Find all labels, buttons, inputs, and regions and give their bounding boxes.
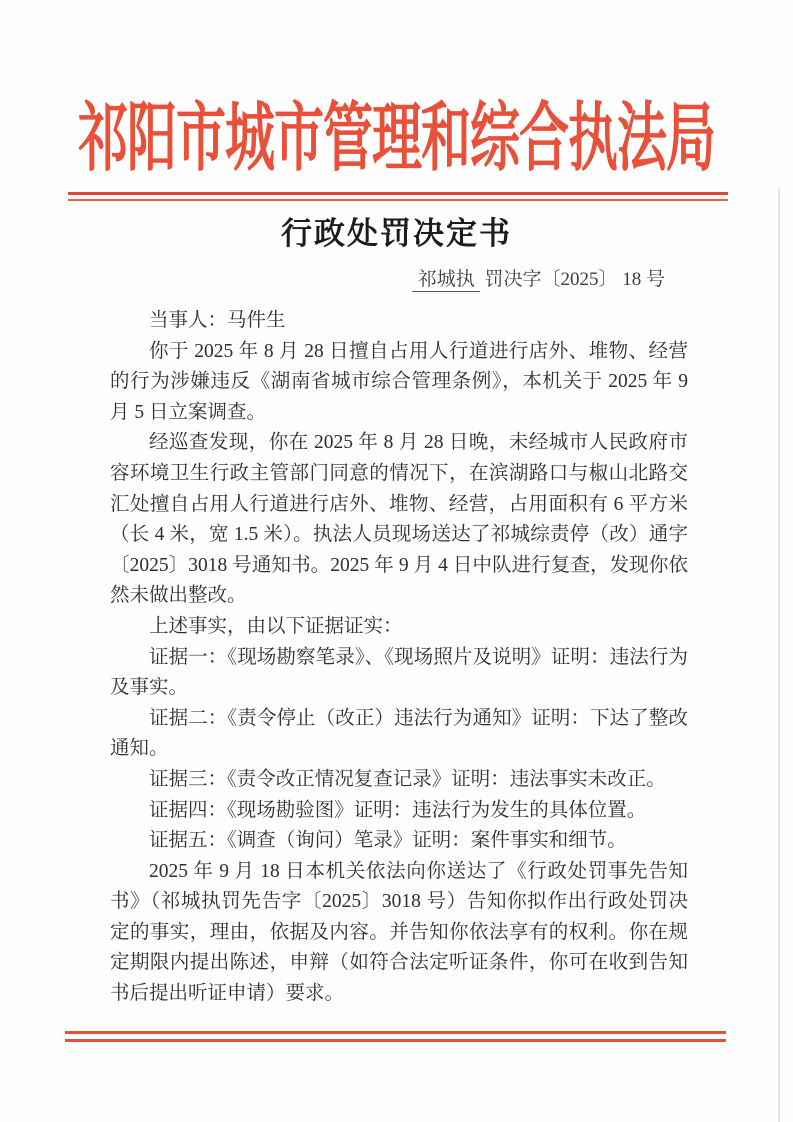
agency-letterhead: 祁阳市城市管理和综合执法局 <box>0 101 793 176</box>
document-body: 当事人：马件生你于 2025 年 8 月 28 日擅自占用人行道进行店外、堆物、… <box>110 306 688 1010</box>
document-number: 祁城执 罚决字〔2025〕 18 号 <box>412 266 665 294</box>
body-paragraph: 证据二：《责令停止（改正）违法行为通知》证明：下达了整改通知。 <box>110 704 688 765</box>
document-title: 行政处罚决定书 <box>0 214 793 254</box>
scanned-document-page: 祁阳市城市管理和综合执法局 行政处罚决定书 祁城执 罚决字〔2025〕 18 号… <box>0 0 793 1122</box>
document-number-rest: 罚决字〔2025〕 18 号 <box>484 269 665 290</box>
letterhead-rule-thick <box>68 192 728 195</box>
body-paragraph: 2025 年 9 月 18 日本机关依法向你送达了《行政处罚事先告知书》（祁城执… <box>110 857 688 1010</box>
body-paragraph: 经巡查发现，你在 2025 年 8 月 28 日晚，未经城市人民政府市容环境卫生… <box>110 428 688 612</box>
body-paragraph: 证据四：《现场勘验图》证明：违法行为发生的具体位置。 <box>110 796 688 827</box>
body-paragraph: 上述事实，由以下证据证实： <box>110 612 688 643</box>
body-paragraph: 当事人：马件生 <box>110 306 688 337</box>
document-number-prefix: 祁城执 <box>412 269 480 292</box>
scanned-page-edge <box>778 188 780 1122</box>
body-paragraph: 证据五：《调查（询问）笔录》证明：案件事实和细节。 <box>110 826 688 857</box>
letterhead-rule-thin <box>68 199 728 201</box>
body-paragraph: 证据一：《现场勘察笔录》、《现场照片及说明》证明：违法行为及事实。 <box>110 643 688 704</box>
footer-rule-upper <box>65 1031 726 1034</box>
body-paragraph: 证据三：《责令改正情况复查记录》证明：违法事实未改正。 <box>110 765 688 796</box>
body-paragraph: 你于 2025 年 8 月 28 日擅自占用人行道进行店外、堆物、经营的行为涉嫌… <box>110 337 688 429</box>
footer-rule-lower <box>65 1039 726 1042</box>
